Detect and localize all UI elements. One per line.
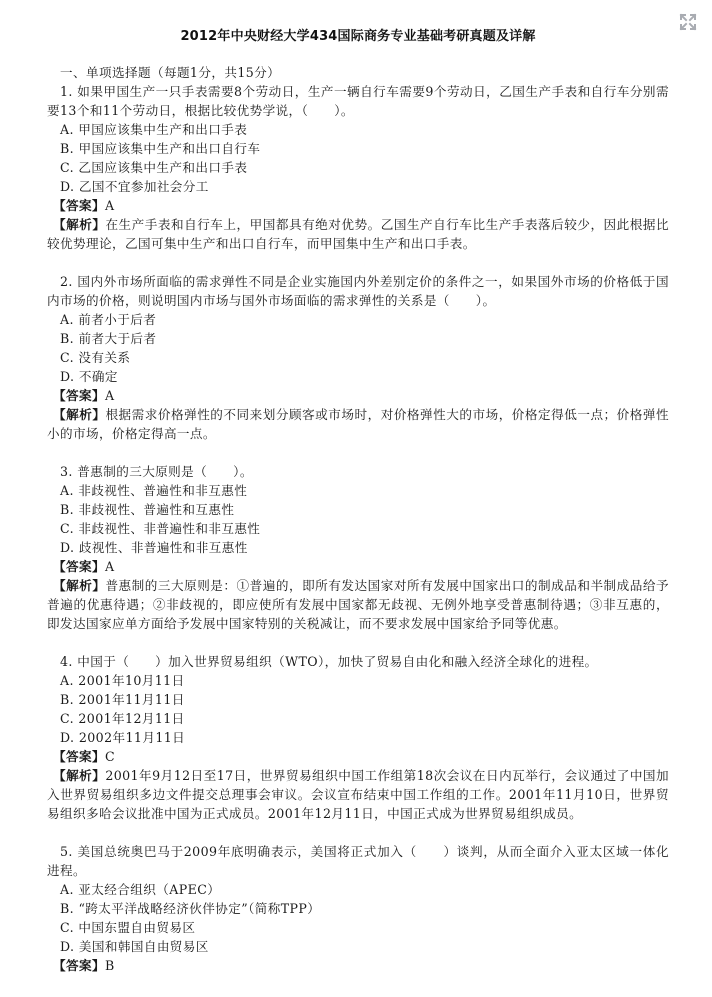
analysis-label: 【解析】 (53, 217, 105, 232)
answer-value: B (105, 958, 115, 973)
option-c: C. 乙国应该集中生产和出口手表 (47, 158, 669, 177)
option-b: B. 非歧视性、普遍性和互惠性 (47, 500, 669, 519)
analysis-text: 普惠制的三大原则是：①普遍的，即所有发达国家对所有发展中国家出口的制成品和半制成… (47, 578, 669, 631)
question-stem: 4. 中国于（ ）加入世界贸易组织（WTO），加快了贸易自由化和融入经济全球化的… (47, 652, 669, 671)
option-d: D. 美国和韩国自由贸易区 (47, 937, 669, 956)
answer-label: 【答案】 (53, 958, 105, 973)
question-5: 5. 美国总统奥巴马于2009年底明确表示，美国将正式加入（ ）谈判，从而全面介… (47, 842, 669, 975)
question-stem: 3. 普惠制的三大原则是（ ）。 (47, 462, 669, 481)
option-d: D. 不确定 (47, 367, 669, 386)
document-title: 2012年中央财经大学434国际商务专业基础考研真题及详解 (47, 27, 669, 46)
option-a: A. 2001年10月11日 (47, 671, 669, 690)
answer-value: A (105, 559, 115, 574)
answer-line: 【答案】A (47, 386, 669, 405)
analysis-line: 【解析】普惠制的三大原则是：①普遍的，即所有发达国家对所有发展中国家出口的制成品… (47, 576, 669, 633)
option-b: B. 前者大于后者 (47, 329, 669, 348)
spacer (47, 253, 669, 272)
option-a: A. 前者小于后者 (47, 310, 669, 329)
spacer (47, 443, 669, 462)
option-a: A. 甲国应该集中生产和出口手表 (47, 120, 669, 139)
answer-label: 【答案】 (53, 559, 105, 574)
analysis-label: 【解析】 (53, 407, 105, 422)
analysis-text: 2001年9月12日至17日，世界贸易组织中国工作组第18次会议在日内瓦举行，会… (47, 768, 669, 821)
analysis-text: 根据需求价格弹性的不同来划分顾客或市场时，对价格弹性大的市场，价格定得低一点；价… (47, 407, 669, 441)
answer-line: 【答案】A (47, 196, 669, 215)
expand-fullscreen-button[interactable] (678, 12, 698, 32)
option-b: B. 甲国应该集中生产和出口自行车 (47, 139, 669, 158)
answer-label: 【答案】 (53, 749, 105, 764)
answer-value: A (105, 388, 115, 403)
option-d: D. 歧视性、非普遍性和非互惠性 (47, 538, 669, 557)
analysis-line: 【解析】根据需求价格弹性的不同来划分顾客或市场时，对价格弹性大的市场，价格定得低… (47, 405, 669, 443)
question-stem: 5. 美国总统奥巴马于2009年底明确表示，美国将正式加入（ ）谈判，从而全面介… (47, 842, 669, 880)
spacer (47, 823, 669, 842)
answer-label: 【答案】 (53, 198, 105, 213)
section-heading: 一、单项选择题（每题1分，共15分） (47, 63, 669, 82)
analysis-text: 在生产手表和自行车上，甲国都具有绝对优势。乙国生产自行车比生产手表落后较少，因此… (47, 217, 669, 251)
answer-line: 【答案】C (47, 747, 669, 766)
option-c: C. 非歧视性、非普遍性和非互惠性 (47, 519, 669, 538)
expand-arrows-icon (678, 12, 698, 32)
question-4: 4. 中国于（ ）加入世界贸易组织（WTO），加快了贸易自由化和融入经济全球化的… (47, 652, 669, 823)
document-body: 一、单项选择题（每题1分，共15分） 1. 如果甲国生产一只手表需要8个劳动日，… (47, 63, 669, 975)
answer-label: 【答案】 (53, 388, 105, 403)
option-b: B. 2001年11月11日 (47, 690, 669, 709)
option-a: A. 非歧视性、普遍性和非互惠性 (47, 481, 669, 500)
option-a: A. 亚太经合组织（APEC） (47, 880, 669, 899)
analysis-line: 【解析】在生产手表和自行车上，甲国都具有绝对优势。乙国生产自行车比生产手表落后较… (47, 215, 669, 253)
answer-line: 【答案】A (47, 557, 669, 576)
question-stem: 1. 如果甲国生产一只手表需要8个劳动日，生产一辆自行车需要9个劳动日，乙国生产… (47, 82, 669, 120)
option-c: C. 没有关系 (47, 348, 669, 367)
analysis-line: 【解析】2001年9月12日至17日，世界贸易组织中国工作组第18次会议在日内瓦… (47, 766, 669, 823)
option-b: B. “跨太平洋战略经济伙伴协定”（简称TPP） (47, 899, 669, 918)
answer-value: A (105, 198, 115, 213)
spacer (47, 633, 669, 652)
analysis-label: 【解析】 (53, 578, 105, 593)
question-1: 1. 如果甲国生产一只手表需要8个劳动日，生产一辆自行车需要9个劳动日，乙国生产… (47, 82, 669, 253)
option-c: C. 2001年12月11日 (47, 709, 669, 728)
answer-value: C (105, 749, 115, 764)
analysis-label: 【解析】 (53, 768, 105, 783)
option-d: D. 乙国不宜参加社会分工 (47, 177, 669, 196)
question-2: 2. 国内外市场所面临的需求弹性不同是企业实施国内外差别定价的条件之一，如果国外… (47, 272, 669, 443)
option-d: D. 2002年11月11日 (47, 728, 669, 747)
answer-line: 【答案】B (47, 956, 669, 975)
option-c: C. 中国东盟自由贸易区 (47, 918, 669, 937)
question-3: 3. 普惠制的三大原则是（ ）。 A. 非歧视性、普遍性和非互惠性 B. 非歧视… (47, 462, 669, 633)
question-stem: 2. 国内外市场所面临的需求弹性不同是企业实施国内外差别定价的条件之一，如果国外… (47, 272, 669, 310)
